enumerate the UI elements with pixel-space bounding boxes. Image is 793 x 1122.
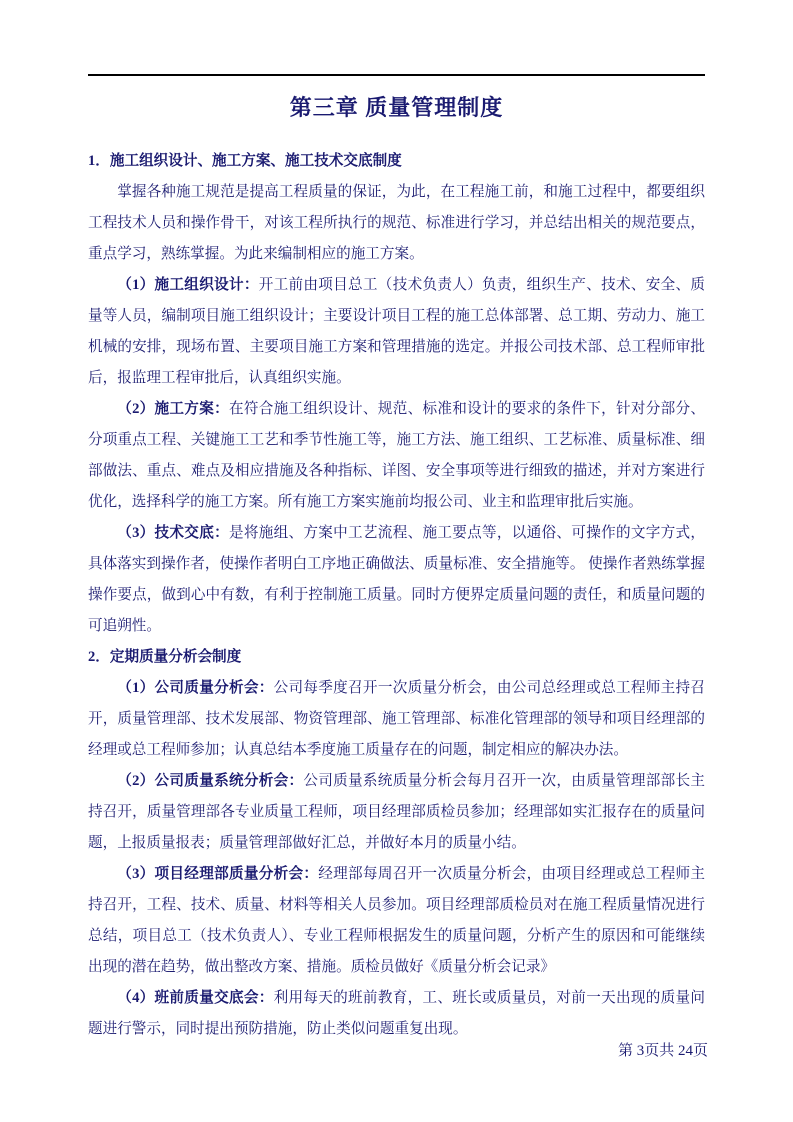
paragraph-label: （1）公司质量分析会： bbox=[117, 680, 273, 696]
paragraph-text: 经理部每周召开一次质量分析会，由项目经理或总工程师主持召开，工程、技术、质量、材… bbox=[88, 866, 705, 975]
section-1-heading: 1．施工组织设计、施工方案、施工技术交底制度 bbox=[88, 146, 705, 177]
paragraph-label: （3）项目经理部质量分析会： bbox=[117, 866, 318, 882]
section-2-item-3-paragraph: （3）项目经理部质量分析会：经理部每周召开一次质量分析会，由项目经理或总工程师主… bbox=[88, 859, 705, 983]
paragraph-text: 掌握各种施工规范是提高工程质量的保证，为此，在工程施工前，和施工过程中，都要组织… bbox=[88, 184, 705, 262]
document-title: 第三章 质量管理制度 bbox=[88, 88, 705, 128]
section-2-item-4-paragraph: （4）班前质量交底会：利用每天的班前教育，工、班长或质量员，对前一天出现的质量问… bbox=[88, 983, 705, 1045]
document-body: 第三章 质量管理制度 1．施工组织设计、施工方案、施工技术交底制度 掌握各种施工… bbox=[88, 88, 705, 1045]
section-1-item-1-paragraph: （1）施工组织设计：开工前由项目总工（技术负责人）负责，组织生产、技术、安全、质… bbox=[88, 270, 705, 394]
paragraph-label: （2）公司质量系统分析会： bbox=[117, 773, 303, 789]
document-page: 第三章 质量管理制度 1．施工组织设计、施工方案、施工技术交底制度 掌握各种施工… bbox=[0, 0, 793, 1122]
section-2-item-1-paragraph: （1）公司质量分析会：公司每季度召开一次质量分析会，由公司总经理或总工程师主持召… bbox=[88, 673, 705, 766]
section-2-item-2-paragraph: （2）公司质量系统分析会：公司质量系统质量分析会每月召开一次，由质量管理部部长主… bbox=[88, 766, 705, 859]
header-divider-line bbox=[88, 74, 705, 76]
page-number-footer: 第 3页共 24页 bbox=[618, 1040, 708, 1062]
section-1-item-3-paragraph: （3）技术交底：是将施组、方案中工艺流程、施工要点等，以通俗、可操作的文字方式，… bbox=[88, 518, 705, 642]
paragraph-label: （1）施工组织设计： bbox=[117, 277, 259, 293]
paragraph-text: 是将施组、方案中工艺流程、施工要点等，以通俗、可操作的文字方式，具体落实到操作者… bbox=[88, 525, 705, 634]
paragraph-label: （4）班前质量交底会： bbox=[117, 990, 273, 1006]
section-1-intro-paragraph: 掌握各种施工规范是提高工程质量的保证，为此，在工程施工前，和施工过程中，都要组织… bbox=[88, 177, 705, 270]
section-2-heading: 2．定期质量分析会制度 bbox=[88, 642, 705, 673]
text-flow: 1．施工组织设计、施工方案、施工技术交底制度 掌握各种施工规范是提高工程质量的保… bbox=[88, 146, 705, 1045]
paragraph-text: 在符合施工组织设计、规范、标准和设计的要求的条件下，针对分部分、分项重点工程、关… bbox=[88, 401, 705, 510]
section-1-item-2-paragraph: （2）施工方案：在符合施工组织设计、规范、标准和设计的要求的条件下，针对分部分、… bbox=[88, 394, 705, 518]
paragraph-label: （2）施工方案： bbox=[117, 401, 229, 417]
paragraph-label: （3）技术交底： bbox=[117, 525, 229, 541]
paragraph-text: 开工前由项目总工（技术负责人）负责，组织生产、技术、安全、质量等人员，编制项目施… bbox=[88, 277, 705, 386]
